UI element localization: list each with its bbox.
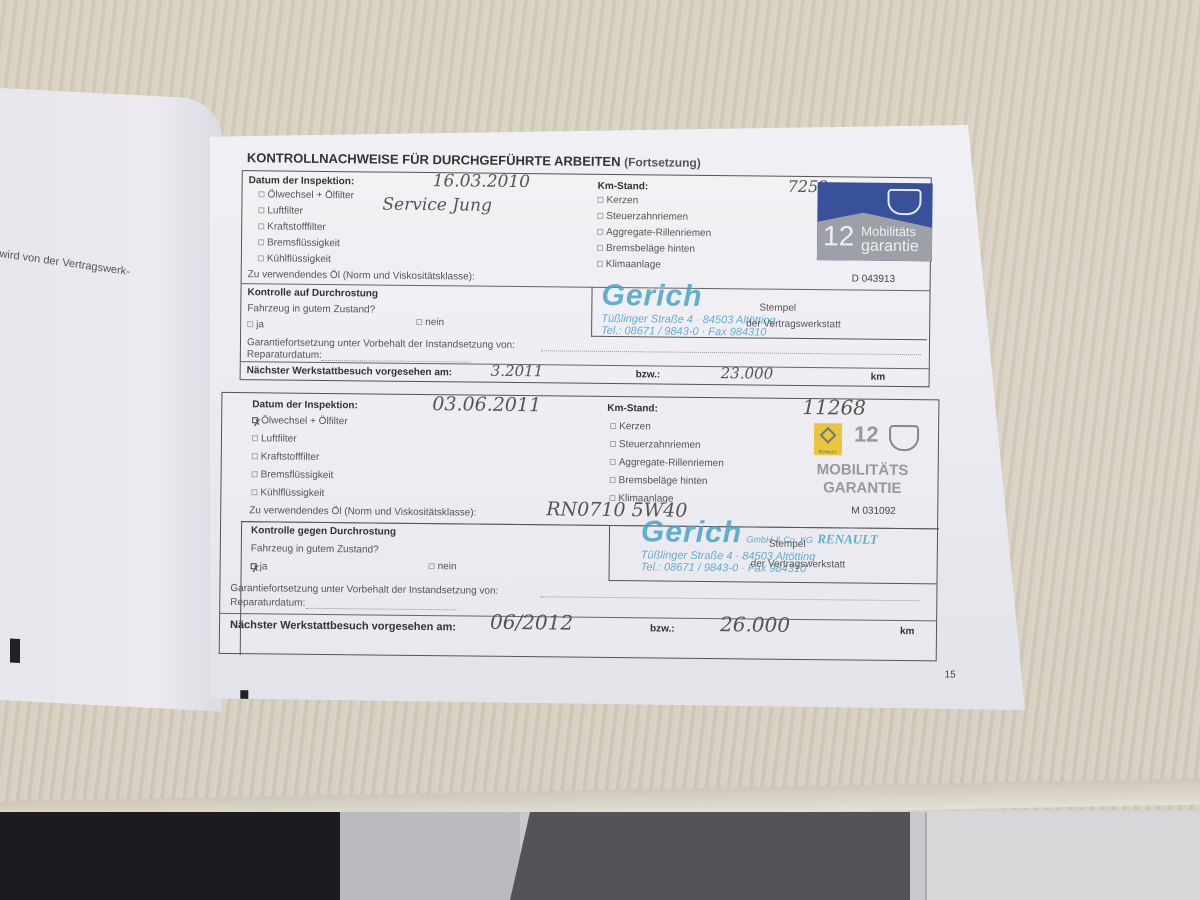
date-label: Datum der Inspektion: <box>252 399 358 411</box>
oil-norm-label: Zu verwendendes Öl (Norm und Viskositäts… <box>248 269 475 282</box>
rust-heading: Kontrolle gegen Durchrostung <box>251 525 396 538</box>
page-title: KONTROLLNACHWEISE FÜR DURCHGEFÜHRTE ARBE… <box>247 150 701 170</box>
item-bremsfluessigkeit: Bremsflüssigkeit <box>252 469 334 481</box>
item-luftfilter: Luftfilter <box>252 433 297 444</box>
badge-serial: M 031092 <box>851 506 896 517</box>
item-bremsfluessigkeit: Bremsflüssigkeit <box>258 237 340 249</box>
inspection-date: 03.06.2011 <box>432 393 541 416</box>
renault-logo-icon: RENAULT <box>814 423 842 455</box>
next-visit-date: 3.2011 <box>491 362 544 381</box>
rust-heading: Kontrolle auf Durchrostung <box>247 287 378 299</box>
dacia-mobility-badge: 12 Mobilitäts garantie <box>817 182 933 261</box>
badge-months: 12 <box>854 422 879 448</box>
item-aggregate: Aggregate-Rillenriemen <box>610 457 724 469</box>
item-steuerzahnriemen: Steuerzahnriemen <box>597 211 688 223</box>
dacia-logo-icon <box>887 189 921 215</box>
item-bremsbelaege: Bremsbeläge hinten <box>610 475 708 487</box>
badge-serial: D 043913 <box>852 273 895 284</box>
left-page: wird von der Vertragswerk- <box>0 88 222 712</box>
nein-option: nein <box>416 317 444 328</box>
item-bremsbelaege: Bremsbeläge hinten <box>597 243 695 255</box>
item-kuehlfluessigkeit: Kühlflüssigkeit <box>251 487 324 499</box>
inspection-entry-1: Datum der Inspektion: 16.03.2010 Km-Stan… <box>240 170 932 387</box>
condition-label: Fahrzeug in gutem Zustand? <box>251 543 379 555</box>
inspection-date: 16.03.2010 <box>433 171 531 192</box>
dacia-logo-icon <box>889 425 919 451</box>
stamp-sublabel: der Vertragswerkstatt <box>746 318 841 330</box>
page-number: 15 <box>944 669 955 680</box>
next-visit-km: 23.000 <box>721 364 774 383</box>
dealer-stamp: Gerich Tüßlinger Straße 4 · 84503 Altött… <box>601 279 776 339</box>
next-visit-label: Nächster Werkstattbesuch vorgesehen am: <box>230 619 456 633</box>
bzw-label: bzw.: <box>636 369 661 380</box>
stamp-label: Stempel <box>759 303 796 314</box>
ja-option: ✗ja <box>251 561 268 572</box>
mobility-badge-text: MOBILITÄTS GARANTIE <box>816 461 908 498</box>
item-kerzen: Kerzen <box>610 421 651 432</box>
date-label: Datum der Inspektion: <box>249 175 355 187</box>
item-kraftstofffilter: Kraftstofffilter <box>258 221 326 233</box>
km-unit: km <box>900 626 915 637</box>
left-page-text: wird von der Vertragswerk- <box>0 248 130 278</box>
item-kerzen: Kerzen <box>597 195 638 206</box>
item-aggregate: Aggregate-Rillenriemen <box>597 227 711 239</box>
next-visit-label: Nächster Werkstattbesuch vorgesehen am: <box>247 365 453 378</box>
right-page: KONTROLLNACHWEISE FÜR DURCHGEFÜHRTE ARBE… <box>210 125 1025 710</box>
ja-option: ja <box>247 319 264 330</box>
nein-option: nein <box>429 561 457 572</box>
km-label: Km-Stand: <box>607 403 658 415</box>
condition-label: Fahrzeug in gutem Zustand? <box>247 303 375 315</box>
handwritten-note: Service Jung <box>382 195 492 216</box>
item-klimaanlage: Klimaanlage <box>597 259 661 271</box>
stamp-sublabel: der Vertragswerkstatt <box>751 558 846 570</box>
km-unit: km <box>871 372 886 383</box>
repair-date-label: Reparaturdatum: <box>230 597 305 609</box>
inspection-entry-2: Datum der Inspektion: 03.06.2011 Km-Stan… <box>219 392 940 662</box>
item-steuerzahnriemen: Steuerzahnriemen <box>610 439 701 451</box>
item-oelwechsel: Ölwechsel + Ölfilter <box>258 189 354 201</box>
km-label: Km-Stand: <box>598 181 649 193</box>
km-value: 11268 <box>802 395 866 420</box>
stamp-label: Stempel <box>769 539 806 550</box>
item-kuehlfluessigkeit: Kühlflüssigkeit <box>258 253 331 265</box>
repair-date-label: Reparaturdatum: <box>247 349 322 361</box>
item-oelwechsel: ✗Ölwechsel + Ölfilter <box>252 415 348 427</box>
floor-background <box>0 812 1200 900</box>
next-visit-km: 26.000 <box>720 612 790 637</box>
page-mark <box>10 639 20 664</box>
next-visit-date: 06/2012 <box>490 610 573 635</box>
bzw-label: bzw.: <box>650 623 675 634</box>
item-kraftstofffilter: Kraftstofffilter <box>252 451 320 463</box>
item-luftfilter: Luftfilter <box>258 205 303 216</box>
oil-norm-label: Zu verwendendes Öl (Norm und Viskositäts… <box>249 505 476 518</box>
